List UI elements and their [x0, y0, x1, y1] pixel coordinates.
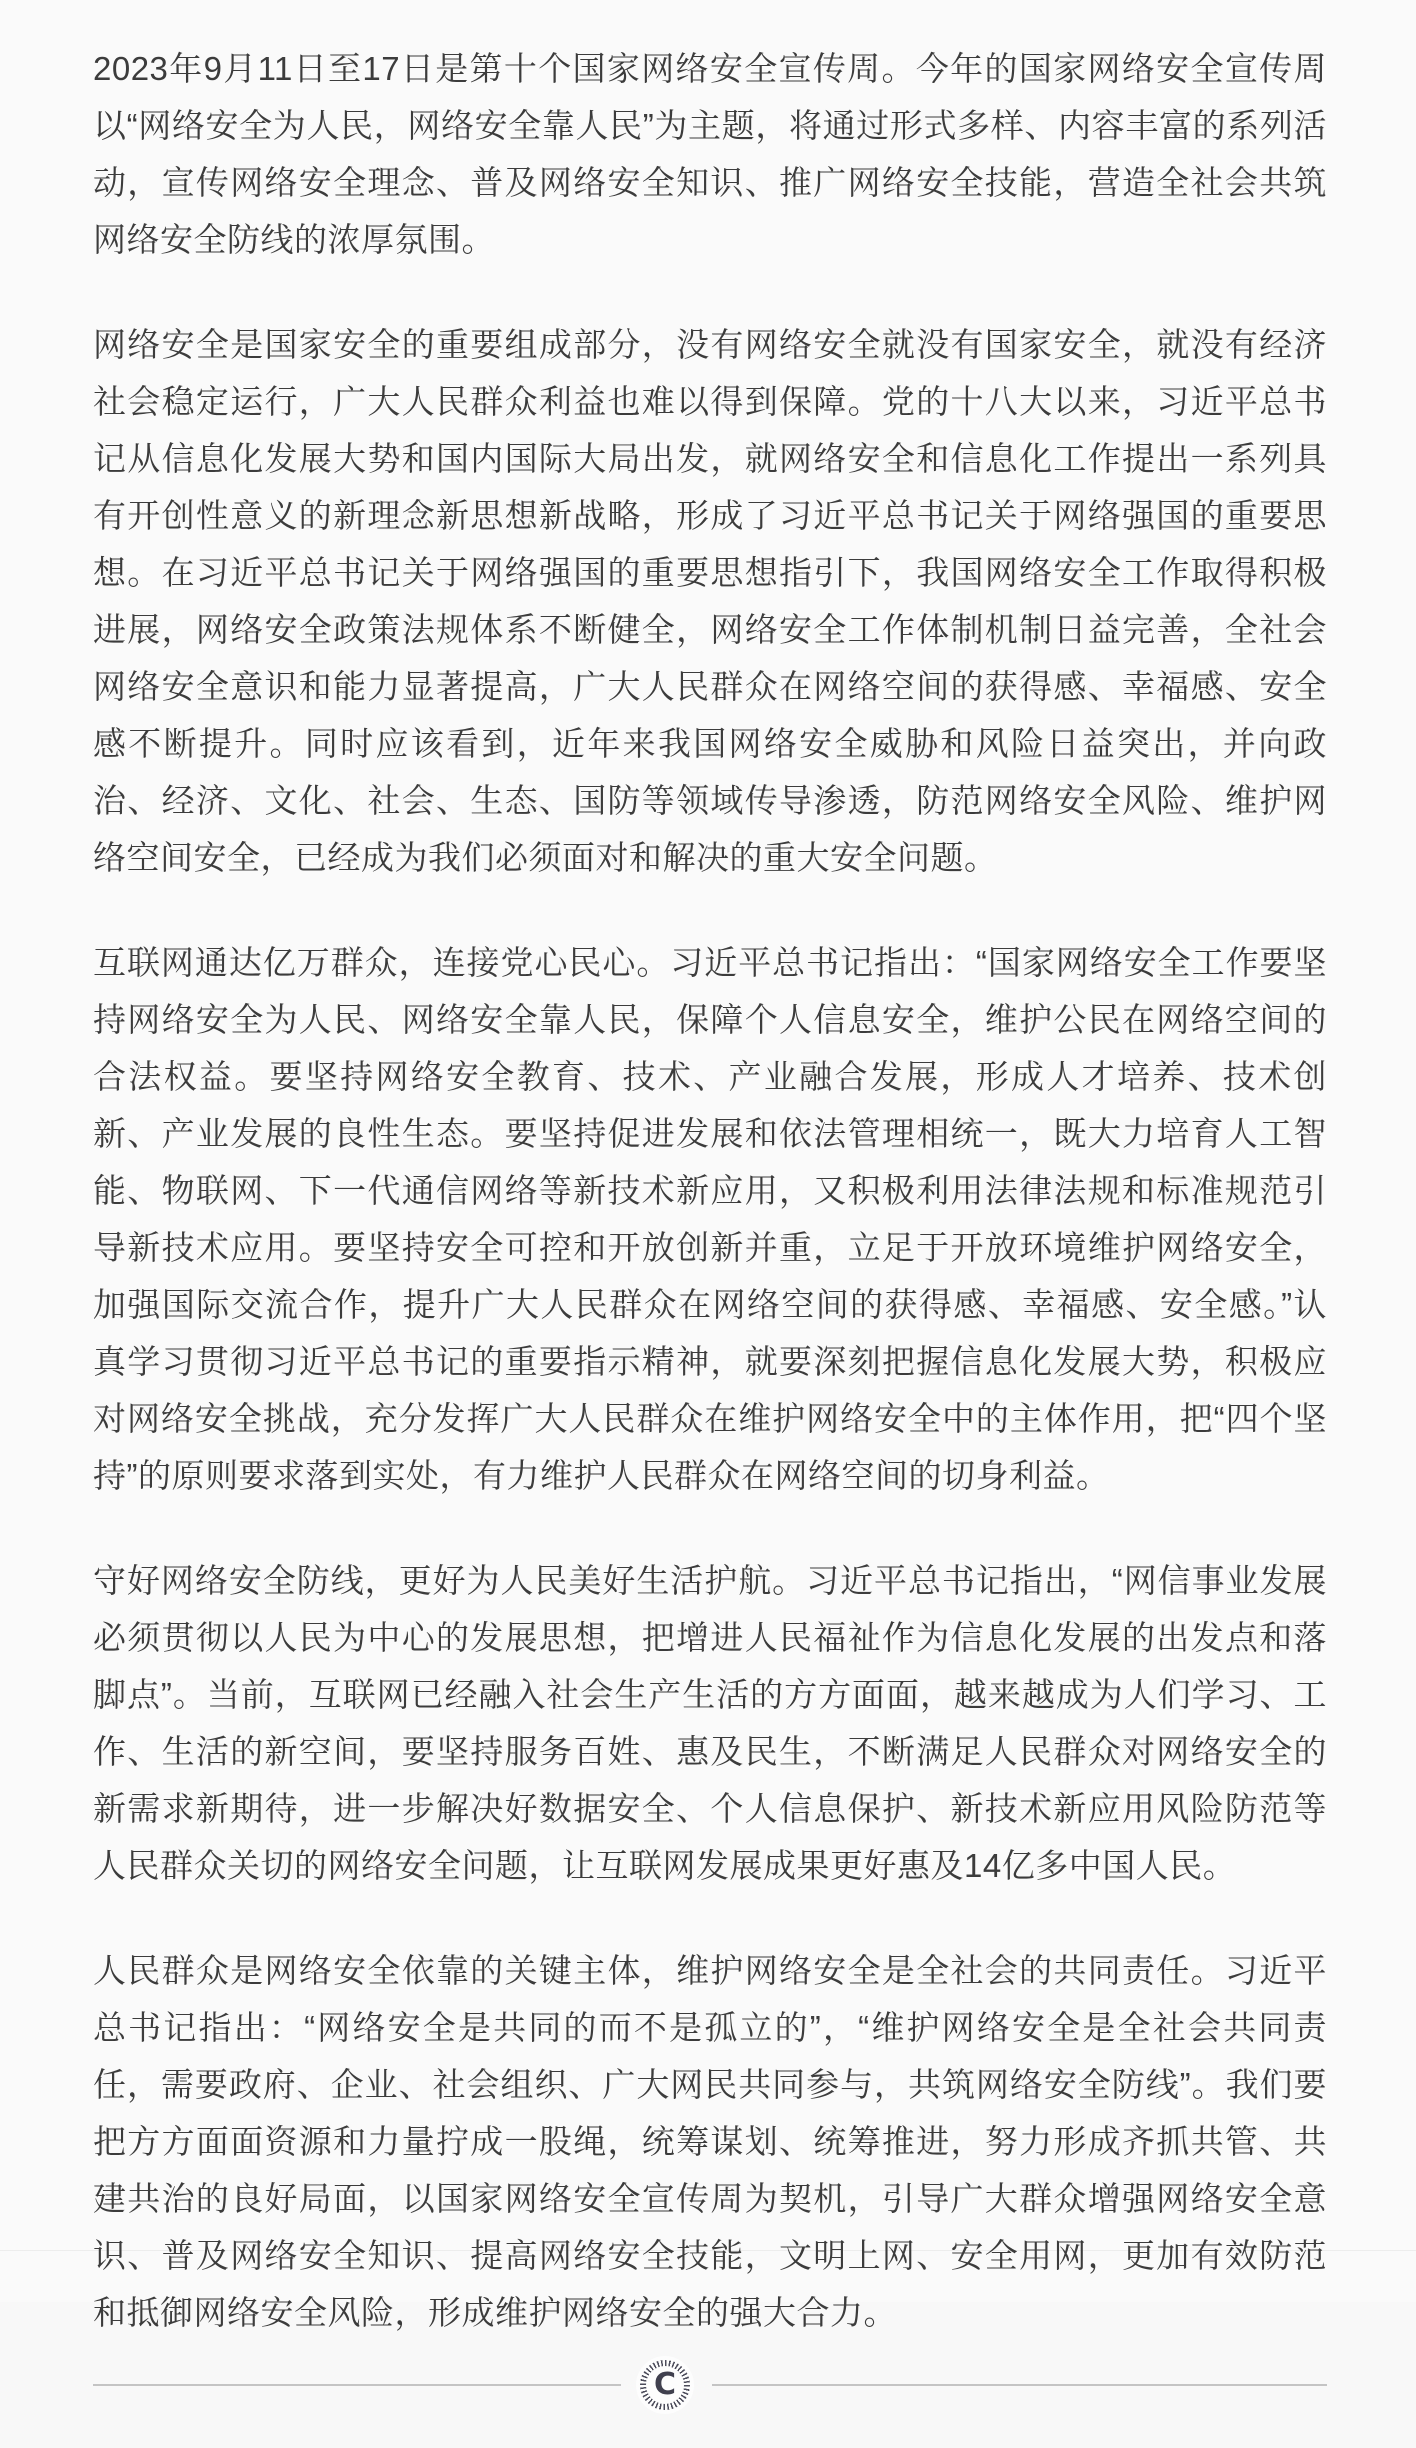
article-paragraph-5: 人民群众是网络安全依靠的关键主体，维护网络安全是全社会的共同责任。习近平总书记指…: [93, 1942, 1327, 2341]
footer-logo-badge: C: [636, 2356, 694, 2414]
article-paragraph-4: 守好网络安全防线，更好为人民美好生活护航。习近平总书记指出，“网信事业发展必须贯…: [93, 1552, 1327, 1894]
article-paragraph-3: 互联网通达亿万群众，连接党心民心。习近平总书记指出：“国家网络安全工作要坚持网络…: [93, 934, 1327, 1504]
logo-letter: C: [640, 2360, 690, 2410]
footer-rule-right: [712, 2384, 1327, 2386]
article-paragraph-1: 2023年9月11日至17日是第十个国家网络安全宣传周。今年的国家网络安全宣传周…: [93, 40, 1327, 268]
footer-rule-left: [93, 2384, 621, 2386]
sunburst-spinner-icon: C: [640, 2360, 690, 2410]
article-body: 2023年9月11日至17日是第十个国家网络安全宣传周。今年的国家网络安全宣传周…: [93, 40, 1327, 2341]
article-paragraph-2: 网络安全是国家安全的重要组成部分，没有网络安全就没有国家安全，就没有经济社会稳定…: [93, 316, 1327, 886]
